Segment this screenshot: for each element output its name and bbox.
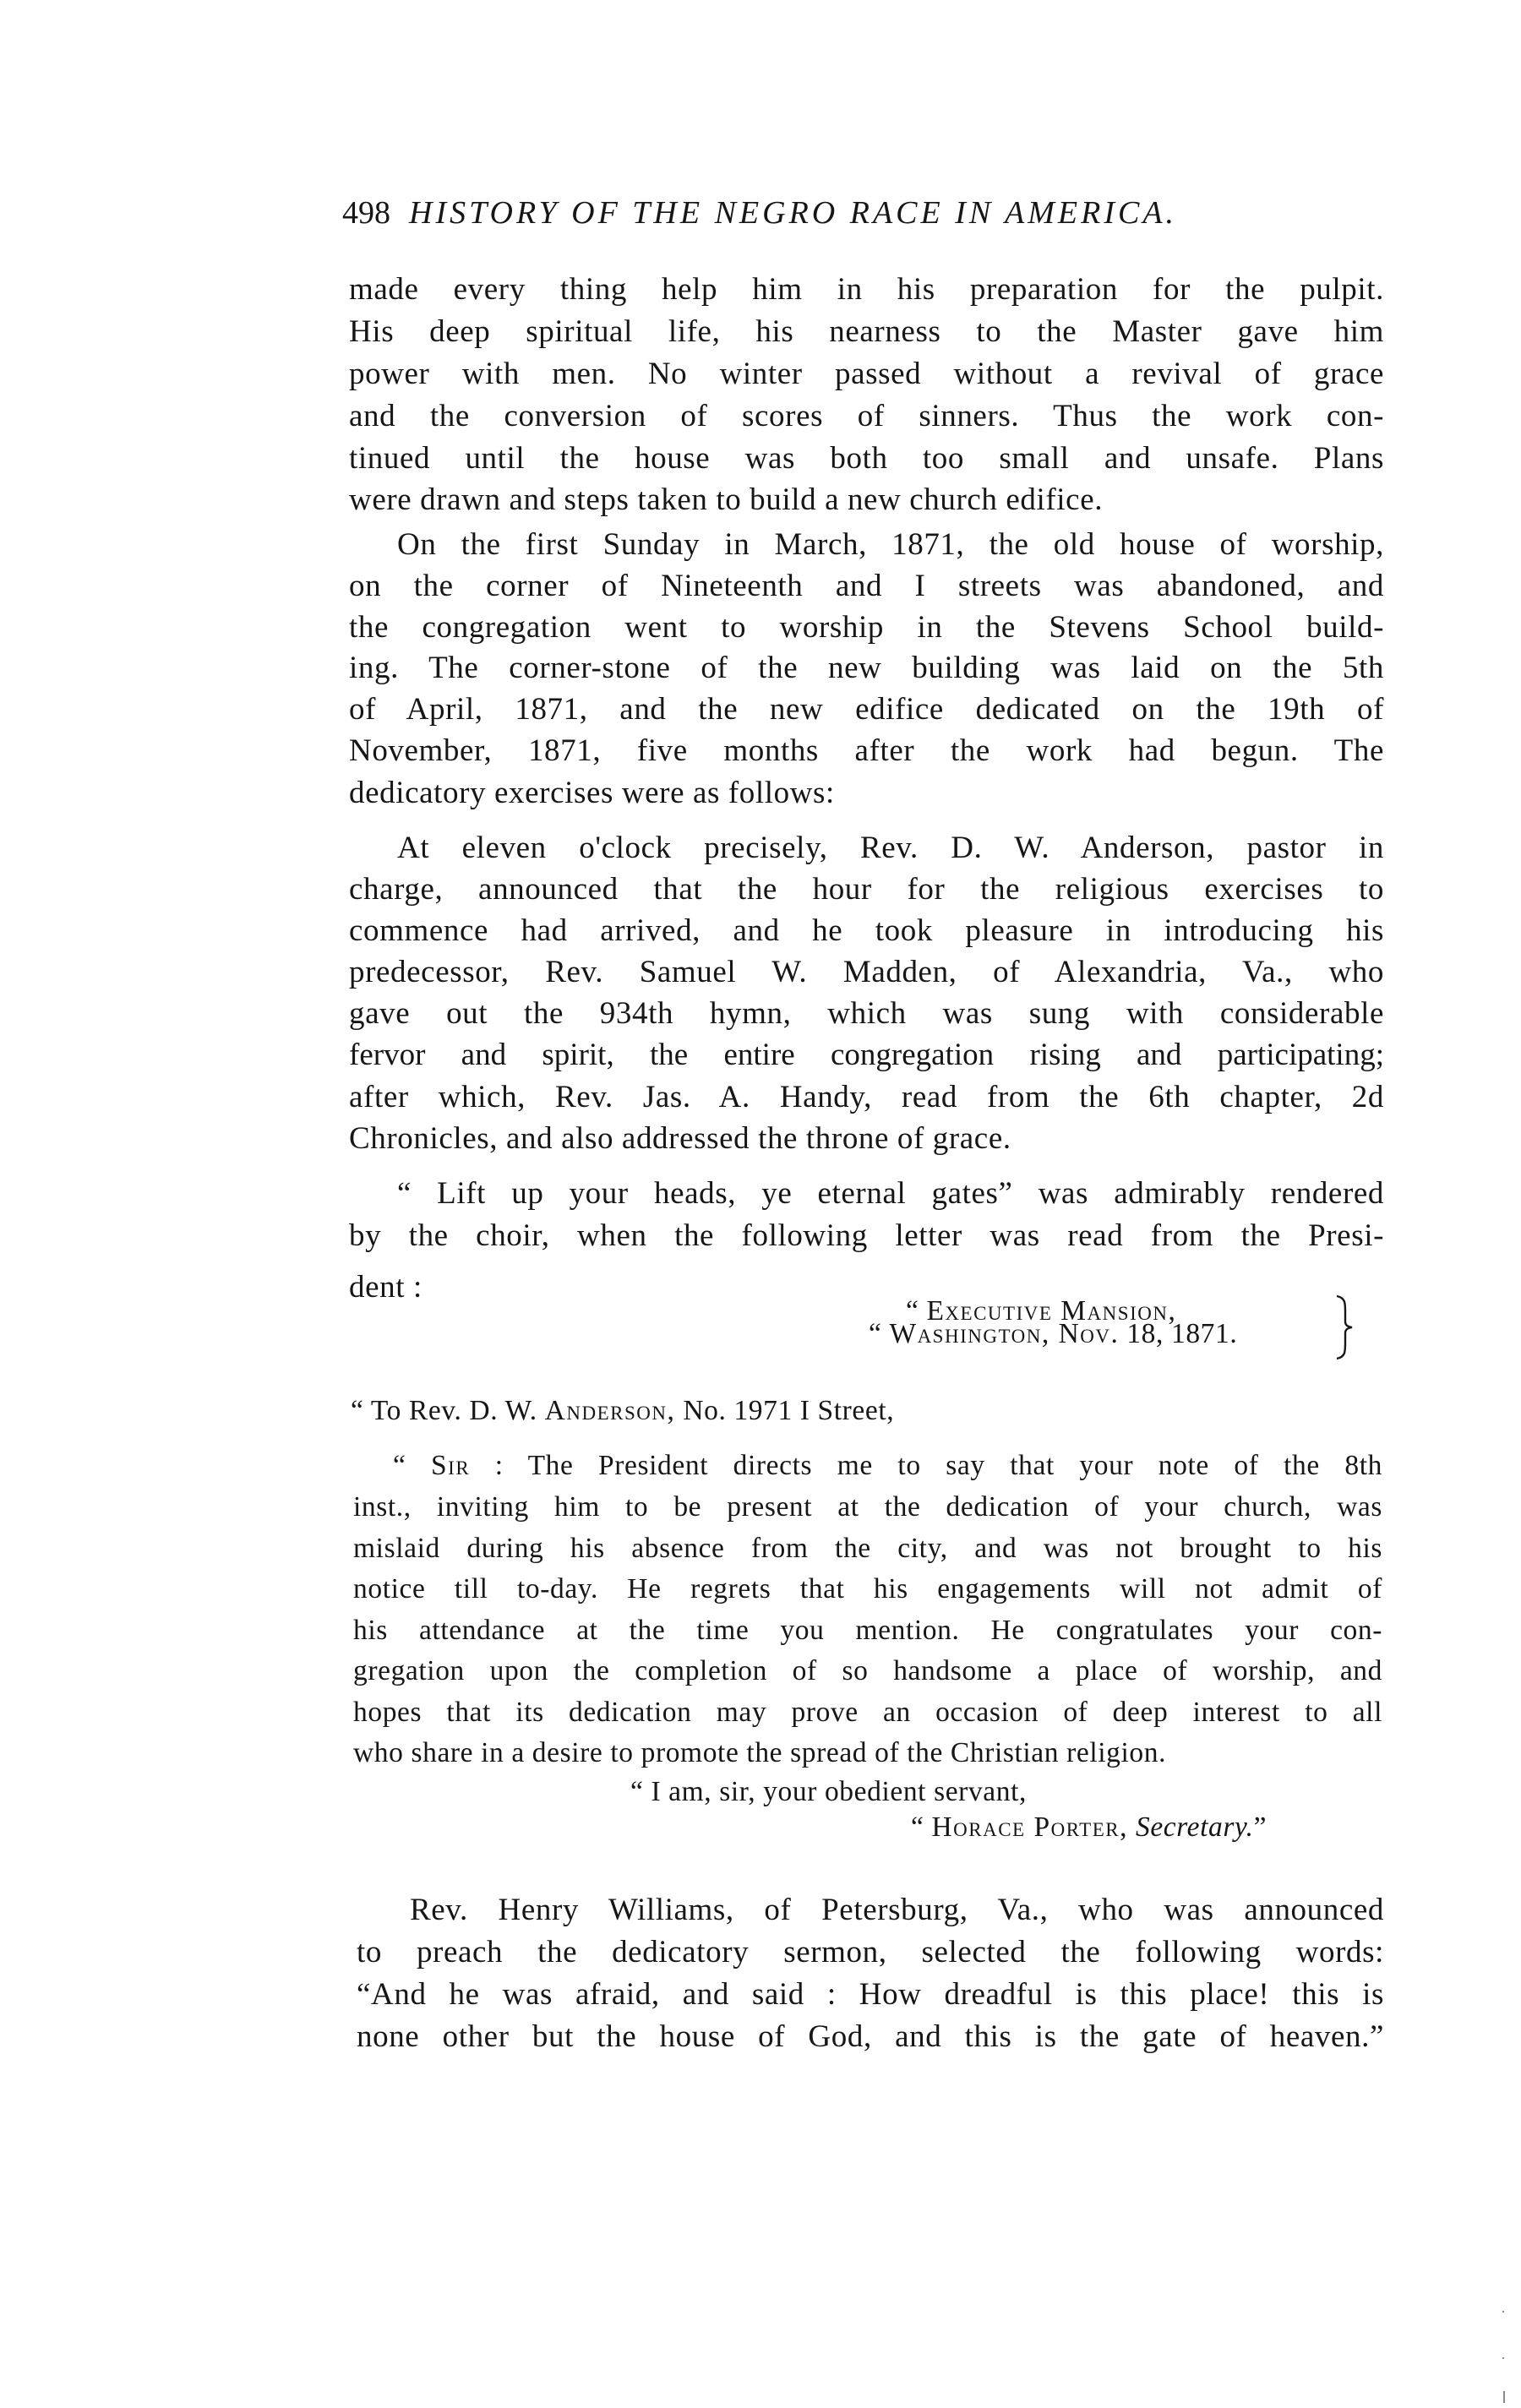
text-line: gave out the 934th hymn, which was sung … — [349, 998, 1384, 1029]
running-header: 498HISTORY OF THE NEGRO RACE IN AMERICA. — [342, 197, 1177, 229]
text-line: tinued until the house was both too smal… — [349, 443, 1384, 474]
text-line: who share in a desire to promote the spr… — [353, 1739, 1382, 1768]
letter-closing: “ I am, sir, your obedient servant, — [630, 1778, 1027, 1806]
dateline-line-2: “ Washington, Nov. 18, 1871. — [869, 1320, 1237, 1348]
scan-speck — [1502, 2311, 1504, 2313]
text-line: notice till to-day. He regrets that his … — [353, 1575, 1382, 1604]
text-line: Chronicles, and also addressed the thron… — [349, 1123, 1384, 1154]
text-line: mislaid during his absence from the city… — [353, 1534, 1382, 1563]
text-line: inst., inviting him to be present at the… — [353, 1493, 1382, 1522]
signatory-name: Horace Porter, — [931, 1811, 1128, 1843]
letter-signature: “ Horace Porter, Secretary.” — [911, 1813, 1267, 1842]
text-line: power with men. No winter passed without… — [349, 358, 1384, 390]
text-line: on the corner of Nineteenth and I street… — [349, 570, 1384, 602]
text-line: his attendance at the time you mention. … — [353, 1616, 1382, 1645]
signatory-title: Secretary. — [1136, 1811, 1254, 1843]
text-line: to preach the dedicatory sermon, selecte… — [357, 1937, 1384, 1968]
running-title: HISTORY OF THE NEGRO RACE IN AMERICA. — [409, 195, 1177, 231]
text-line: the congregation went to worship in the … — [349, 612, 1384, 643]
text-line: by the choir, when the following letter … — [349, 1220, 1384, 1251]
addressee-prefix: “ To Rev. D. W. — [351, 1395, 545, 1426]
text-line: On the first Sunday in March, 1871, the … — [397, 529, 1384, 560]
text-line: of April, 1871, and the new edifice dedi… — [349, 694, 1384, 725]
book-page: 498HISTORY OF THE NEGRO RACE IN AMERICA.… — [0, 0, 1521, 2408]
addressee-name: Anderson, — [545, 1395, 676, 1426]
text-line: were drawn and steps taken to build a ne… — [349, 484, 1384, 515]
text-span: : The President directs me to say that y… — [470, 1450, 1382, 1481]
scan-speck — [1503, 2391, 1505, 2403]
text-line: “ Sir : The President directs me to say … — [393, 1452, 1382, 1480]
open-quote: “ — [869, 1318, 889, 1349]
page-number: 498 — [342, 195, 390, 231]
text-line: At eleven o'clock precisely, Rev. D. W. … — [397, 832, 1384, 864]
text-line: made every thing help him in his prepara… — [349, 274, 1384, 305]
text-line: ing. The corner-stone of the new buildin… — [349, 652, 1384, 684]
text-line: “And he was afraid, and said : How dread… — [357, 1979, 1384, 2010]
dateline-city: Washington, Nov. — [889, 1318, 1119, 1349]
text-line: “ Lift up your heads, ye eternal gates” … — [397, 1178, 1384, 1209]
text-line: His deep spiritual life, his nearness to… — [349, 316, 1384, 347]
text-line: dent : — [349, 1272, 1384, 1303]
close-quote: ” — [1254, 1811, 1267, 1843]
dateline-date: 18, 1871. — [1119, 1318, 1237, 1349]
open-quote: “ — [911, 1811, 931, 1843]
text-line: fervor and spirit, the entire congregati… — [349, 1039, 1384, 1071]
letter-addressee: “ To Rev. D. W. Anderson, No. 1971 I Str… — [351, 1397, 894, 1425]
text-line: after which, Rev. Jas. A. Handy, read fr… — [349, 1081, 1384, 1113]
text-line: commence had arrived, and he took pleasu… — [349, 915, 1384, 946]
salutation-sir: Sir — [431, 1450, 470, 1481]
text-line: predecessor, Rev. Samuel W. Madden, of A… — [349, 956, 1384, 988]
text-line: charge, announced that the hour for the … — [349, 874, 1384, 905]
text-line: none other but the house of God, and thi… — [357, 2021, 1384, 2052]
text-line: dedicatory exercises were as follows: — [349, 777, 1384, 809]
right-brace-icon — [1333, 1294, 1355, 1360]
text-line: November, 1871, five months after the wo… — [349, 735, 1384, 766]
addressee-address: No. 1971 I Street, — [675, 1395, 894, 1426]
text-line: hopes that its dedication may prove an o… — [353, 1698, 1382, 1727]
text-line: gregation upon the completion of so hand… — [353, 1657, 1382, 1686]
text-line: Rev. Henry Williams, of Petersburg, Va.,… — [410, 1894, 1384, 1926]
text-line: and the conversion of scores of sinners.… — [349, 400, 1384, 432]
open-quote: “ — [393, 1450, 431, 1481]
scan-speck — [1502, 2357, 1504, 2359]
